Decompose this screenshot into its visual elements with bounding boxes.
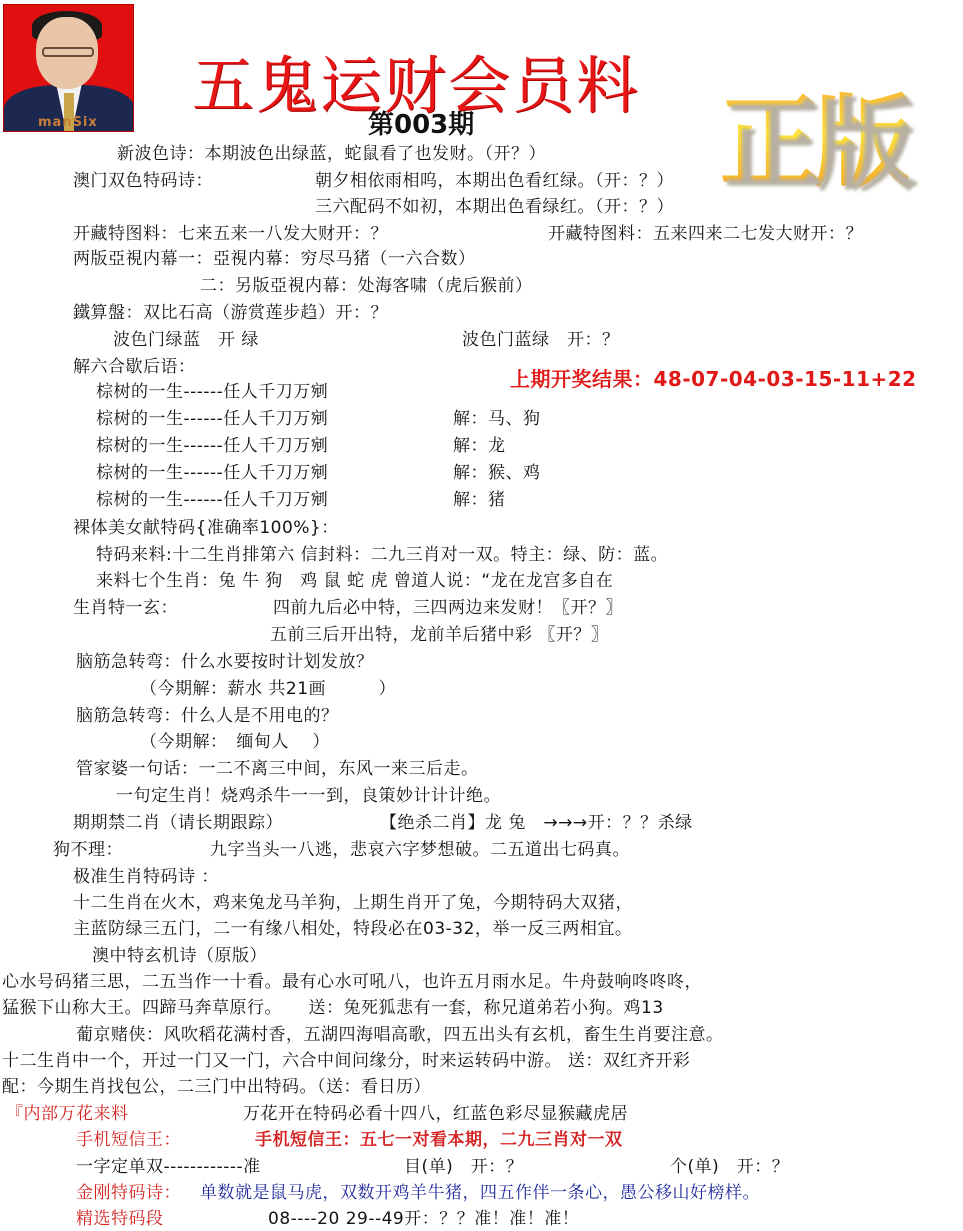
single-double-label: 一字定单双------------准 — [76, 1156, 261, 1178]
gambler-line3: 配：今期生肖找包公，二三门中出特码。（送：看日历） — [2, 1076, 431, 1098]
jingang-text: 单数就是鼠马虎，双数开鸡羊牛猪，四五作伴一条心，愚公移山好榜样。 — [200, 1182, 760, 1204]
housekeeper-line2: 一句定生肖！烧鸡杀牛一一到，良策妙计计计绝。 — [116, 785, 501, 807]
macau-poem-line2: 三六配码不如初，本期出色看绿红。（开：？） — [315, 196, 674, 218]
xuanji-poem-line1: 心水号码猪三思，二五当作一十看。最有心水可吼八，也许五月雨水足。牛舟鼓响咚咚咚， — [2, 971, 702, 993]
xiehouyu-answer: 解：马、狗 — [453, 408, 541, 430]
last-result-numbers: 48-07-04-03-15-11+22 — [654, 367, 917, 391]
riddle-answer: （今期解：薪水 共21画 ） — [140, 678, 396, 700]
portrait-glasses — [42, 47, 94, 57]
portrait-watermark: manSix — [38, 115, 98, 130]
last-result: 上期开奖结果：48-07-04-03-15-11+22 — [510, 367, 917, 391]
wave-poem: 新波色诗：本期波色出绿蓝，蛇鼠看了也发财。（开？） — [117, 143, 546, 165]
last-result-label: 上期开奖结果： — [510, 367, 654, 391]
gambler-line2: 十二生肖中一个，开过一门又一门，六合中间问缘分，时来运转码中游。 送：双红齐开彩 — [2, 1050, 690, 1072]
macau-poem-label: 澳门双色特码诗： — [73, 170, 213, 192]
gambler-line1: 葡京赌侠：风吹稻花满村香，五湖四海唱高歌，四五出头有玄机，畜生生肖要注意。 — [76, 1024, 724, 1046]
dog-text: 九字当头一八逃，悲哀六字梦想破。二五道出七码真。 — [210, 839, 630, 861]
wave-door-left: 波色门绿蓝 开 绿 — [113, 329, 259, 351]
selected-label: 精选特码段 — [76, 1208, 164, 1230]
xiehouyu-row: 棕树的一生------任人千刀万剜 — [96, 462, 328, 484]
wanhua-label: 『内部万花来料 — [6, 1103, 129, 1125]
xiehouyu-answer: 解：龙 — [453, 435, 506, 457]
macau-poem-line1: 朝夕相依雨相呜，本期出色看红绿。（开：？） — [315, 170, 674, 192]
nude-line1: 特码来料:十二生肖排第六 信封料：二九三肖对一双。特主：绿、防：蓝。 — [96, 544, 668, 566]
xiehouyu-answer: 解：猪 — [453, 489, 506, 511]
riddle-question: 脑筋急转弯：什么人是不用电的？ — [76, 705, 339, 727]
dog-label: 狗不理： — [53, 839, 123, 861]
xuan-label: 生肖特一玄： — [73, 597, 178, 619]
forbidden-right: 【绝杀二肖】龙 兔 →→→开：？？杀绿 — [380, 812, 693, 834]
xiehouyu-row: 棕树的一生------任人千刀万剜 — [96, 381, 328, 403]
single-double-mid: 目(单) 开：？ — [404, 1156, 523, 1178]
xuan-line2: 五前三后开出特，龙前羊后猪中彩 〖开？〗 — [270, 624, 608, 646]
nude-line2: 来料七个生肖：兔 牛 狗 鸡 鼠 蛇 虎 曾道人说：“龙在龙宫多自在 — [96, 570, 613, 592]
yashi-line1: 两版亞視内幕一：亞視内幕：穷尽马猪（一六合数） — [73, 248, 476, 270]
kaicang-left: 开藏特图料：七来五来一八发大财开：？ — [73, 223, 388, 245]
tiesuanpan: 鐵算盤：双比石高（游赏莲步趋）开：？ — [73, 302, 388, 324]
yashi-line2: 二：另版亞視内幕：处海客啸（虎后猴前） — [200, 275, 533, 297]
riddle-answer: （今期解： 缅甸人 ） — [140, 731, 330, 753]
accurate-poem-title: 极准生肖特码诗 ： — [73, 866, 219, 888]
accurate-poem-line1: 十二生肖在火木，鸡来兔龙马羊狗，上期生肖开了兔，今期特码大双猪， — [73, 892, 633, 914]
nude-title: 裸体美女献特码{准确率100%}： — [73, 517, 339, 539]
wanhua-text: 万花开在特码必看十四八，红蓝色彩尽显猴藏虎居 — [243, 1103, 628, 1125]
issue-number: 第003期 — [368, 104, 474, 141]
authentic-badge: 正版 — [720, 62, 908, 206]
xuanji-poem-line2: 猛猴下山称大王。四蹄马奔草原行。 送：兔死狐悲有一套，称兄道弟若小狗。鸡13 — [2, 997, 664, 1019]
xiehouyu-row: 棕树的一生------任人千刀万剜 — [96, 489, 328, 511]
xiehouyu-title: 解六合歇后语： — [73, 356, 196, 378]
portrait-photo: manSix — [3, 4, 134, 132]
jingang-label: 金刚特码诗： — [76, 1182, 181, 1204]
wave-door-right: 波色门蓝绿 开：？ — [462, 329, 620, 351]
riddle-question: 脑筋急转弯：什么水要按时计划发放？ — [76, 651, 374, 673]
accurate-poem-line2: 主蓝防绿三五门，二一有缘八相处，特段必在03-32，举一反三两相宜。 — [73, 918, 632, 940]
forbidden-left: 期期禁二肖（请长期跟踪） — [73, 812, 283, 834]
housekeeper-line1: 管家婆一句话：一二不离三中间，东风一来三后走。 — [76, 758, 479, 780]
xiehouyu-row: 棕树的一生------任人千刀万剜 — [96, 408, 328, 430]
sms-label: 手机短信王： — [76, 1129, 181, 1151]
kaicang-right: 开藏特图料：五来四来二七发大财开：？ — [548, 223, 863, 245]
selected-text: 08----20 29--49开：？？准！准！准！ — [268, 1208, 579, 1230]
xiehouyu-row: 棕树的一生------任人千刀万剜 — [96, 435, 328, 457]
sms-text: 手机短信王：五七一对看本期，二九三肖对一双 — [255, 1129, 623, 1151]
xuanji-poem-title: 澳中特玄机诗（原版） — [92, 945, 267, 967]
xuan-line1: 四前九后必中特，三四两边来发财！〖开？〗 — [273, 597, 623, 619]
xiehouyu-answer: 解：猴、鸡 — [453, 462, 541, 484]
single-double-right: 个(单) 开：？ — [670, 1156, 789, 1178]
